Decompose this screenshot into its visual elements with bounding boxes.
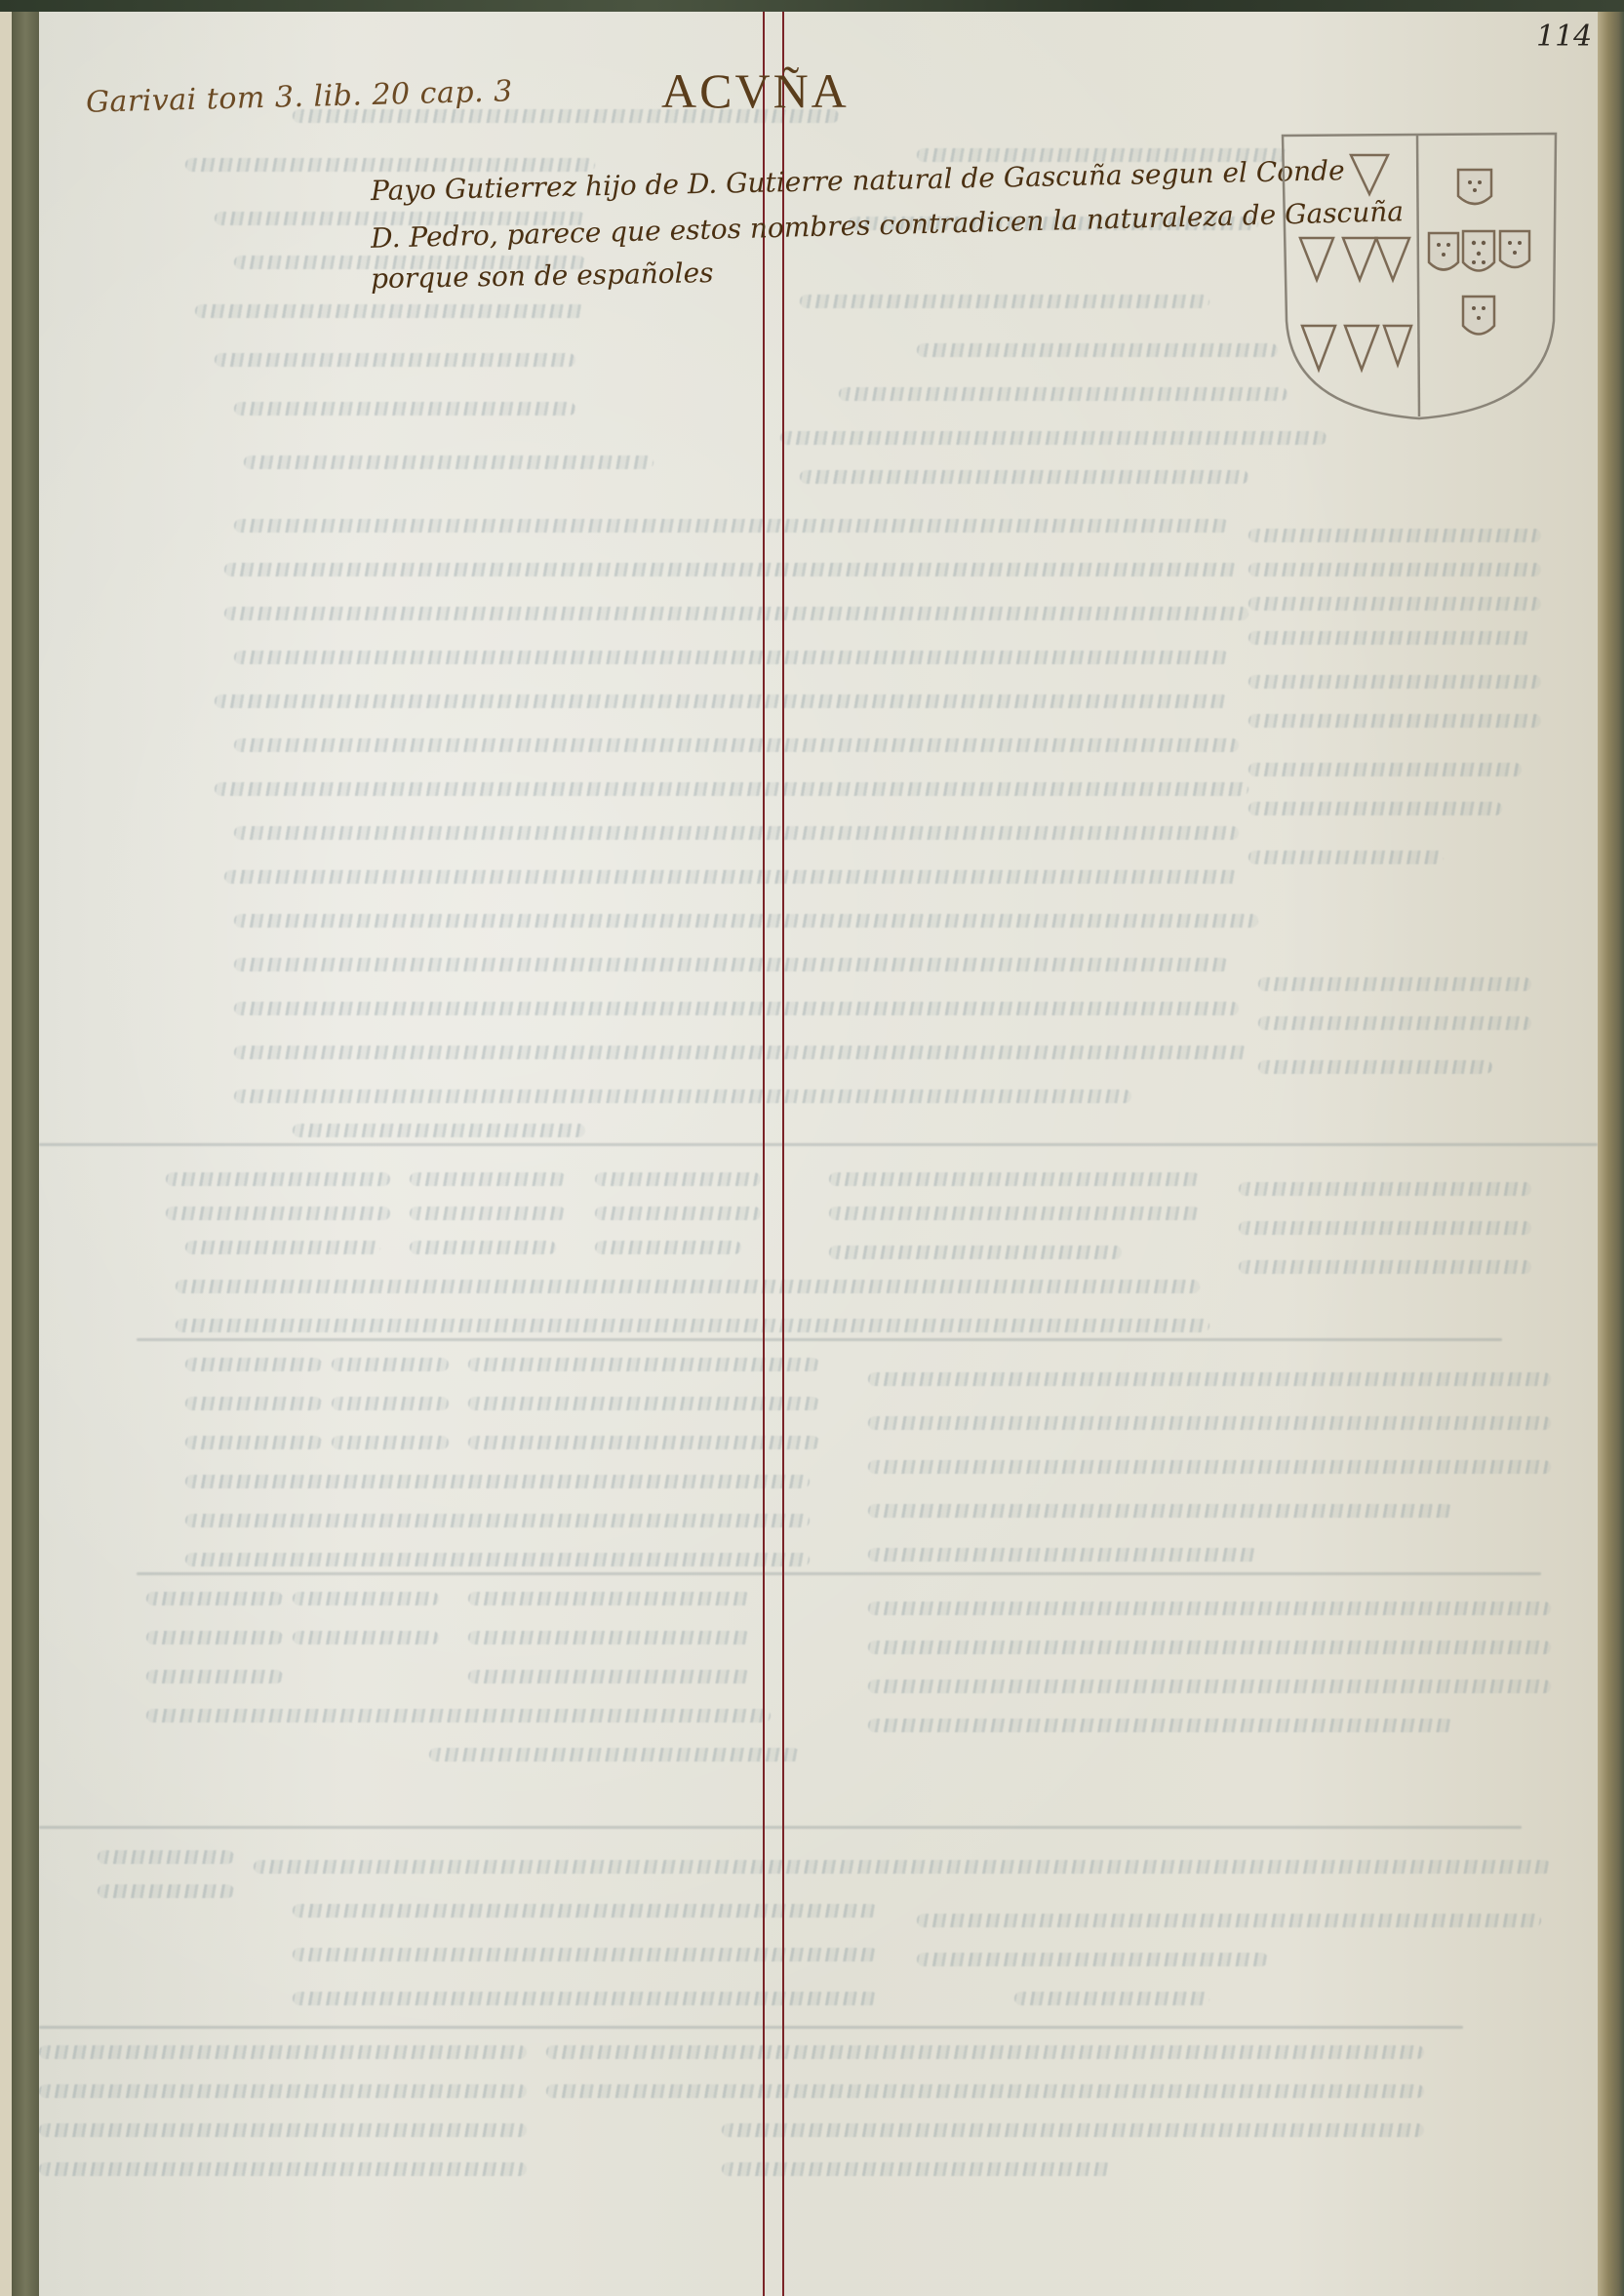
- adjacent-page-edge: [0, 12, 12, 2296]
- page-edge-right: [1598, 12, 1624, 2296]
- coat-of-arms-icon: [1273, 126, 1565, 428]
- book-binding-strip: [12, 12, 39, 2296]
- scan-background-top: [0, 0, 1624, 12]
- reference-note: Garivai tom 3. lib. 20 cap. 3: [86, 74, 514, 119]
- page-title: ACVÑA: [661, 62, 850, 119]
- folio-number: 114: [1536, 20, 1592, 54]
- red-rule-right: [782, 12, 784, 2296]
- manuscript-page: 114 Garivai tom 3. lib. 20 cap. 3 ACVÑA …: [39, 12, 1598, 2296]
- main-paragraph: Payo Gutierrez hijo de D. Gutierre natur…: [371, 158, 1405, 293]
- red-rule-left: [763, 12, 765, 2296]
